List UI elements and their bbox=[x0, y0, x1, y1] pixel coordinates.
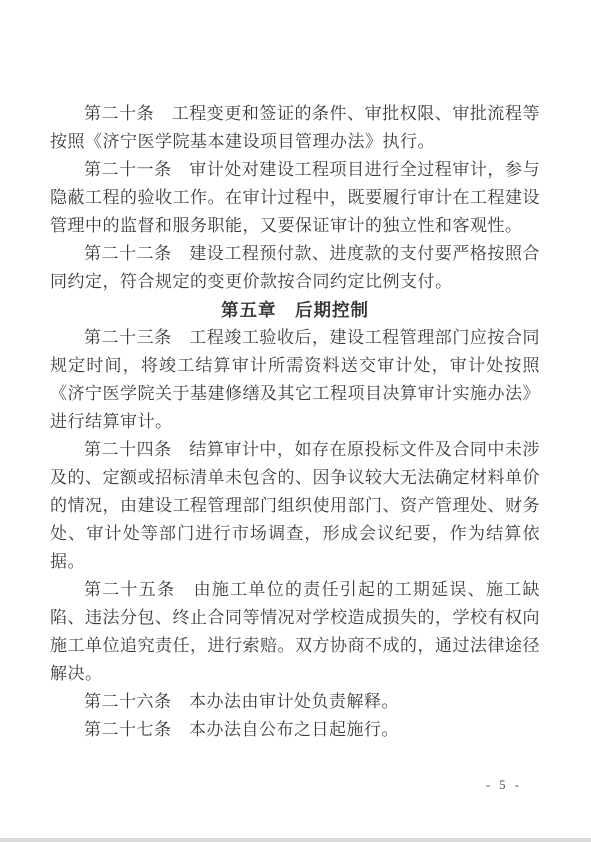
article-24-paragraph: 第二十四条 结算审计中，如存在原投标文件及合同中未涉及的、定额或招标清单未包含的… bbox=[50, 436, 540, 576]
document-body: 第二十条 工程变更和签证的条件、审批权限、审批流程等按照《济宁医学院基本建设项目… bbox=[50, 100, 540, 744]
article-23-paragraph: 第二十三条 工程竣工验收后，建设工程管理部门应按合同规定时间，将竣工结算审计所需… bbox=[50, 324, 540, 436]
scan-edge-artifact bbox=[0, 838, 591, 842]
page-number: - 5 - bbox=[486, 778, 522, 793]
chapter-5-heading: 第五章 后期控制 bbox=[50, 296, 540, 324]
article-20-paragraph: 第二十条 工程变更和签证的条件、审批权限、审批流程等按照《济宁医学院基本建设项目… bbox=[50, 100, 540, 156]
article-27-paragraph: 第二十七条 本办法自公布之日起施行。 bbox=[50, 716, 540, 744]
article-26-paragraph: 第二十六条 本办法由审计处负责解释。 bbox=[50, 688, 540, 716]
document-page: 第二十条 工程变更和签证的条件、审批权限、审批流程等按照《济宁医学院基本建设项目… bbox=[0, 0, 591, 842]
article-22-paragraph: 第二十二条 建设工程预付款、进度款的支付要严格按照合同约定，符合规定的变更价款按… bbox=[50, 240, 540, 296]
article-25-paragraph: 第二十五条 由施工单位的责任引起的工期延误、施工缺陷、违法分包、终止合同等情况对… bbox=[50, 576, 540, 688]
article-21-paragraph: 第二十一条 审计处对建设工程项目进行全过程审计，参与隐蔽工程的验收工作。在审计过… bbox=[50, 156, 540, 240]
